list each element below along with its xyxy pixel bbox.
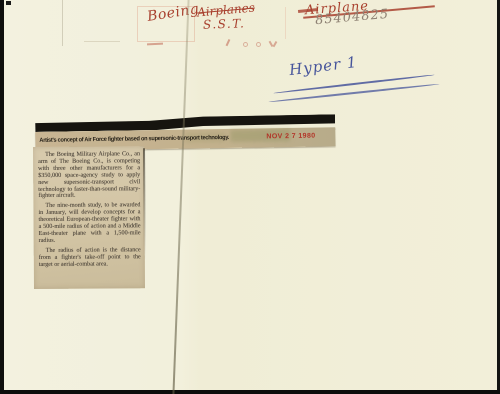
article-paragraph-1: The Boeing Military Airplane Co., an arm… — [38, 151, 140, 200]
clipping-header: Artist's concept of Air Force fighter ba… — [35, 111, 336, 151]
clipping-article-column: The Boeing Military Airplane Co., an arm… — [33, 146, 145, 289]
received-date-stamp: NOV 2 7 1980 — [266, 133, 315, 141]
scan-edge-left — [0, 0, 4, 394]
article-paragraph-3: The radius of action is the distance fro… — [39, 247, 141, 268]
faint-red-mark — [256, 42, 261, 47]
article-paragraph-2: The nine-month study, to be awarded in J… — [38, 203, 140, 245]
faint-red-mark — [273, 41, 277, 47]
hyper-underline — [268, 83, 439, 103]
scan-edge-bottom — [0, 390, 500, 394]
faint-red-line — [285, 7, 286, 39]
handwriting-hyper-1: Hyper 1 — [288, 53, 358, 79]
faint-red-mark — [243, 42, 248, 47]
scan-corner-mark — [6, 1, 11, 5]
faint-red-mark — [226, 39, 230, 46]
article-text: The Boeing Military Airplane Co., an arm… — [33, 146, 145, 268]
crease-artifact-horizontal — [84, 41, 120, 42]
clipping-torn-edge-shadow — [143, 148, 146, 260]
crease-artifact-vertical — [62, 0, 63, 46]
photo-back-scan: Boeing Airplanes S.S.T. Airplane 8540482… — [0, 0, 500, 394]
handwriting-sst: S.S.T. — [203, 16, 246, 31]
paper-fold-line — [172, 0, 189, 394]
faint-red-dash — [147, 43, 163, 46]
